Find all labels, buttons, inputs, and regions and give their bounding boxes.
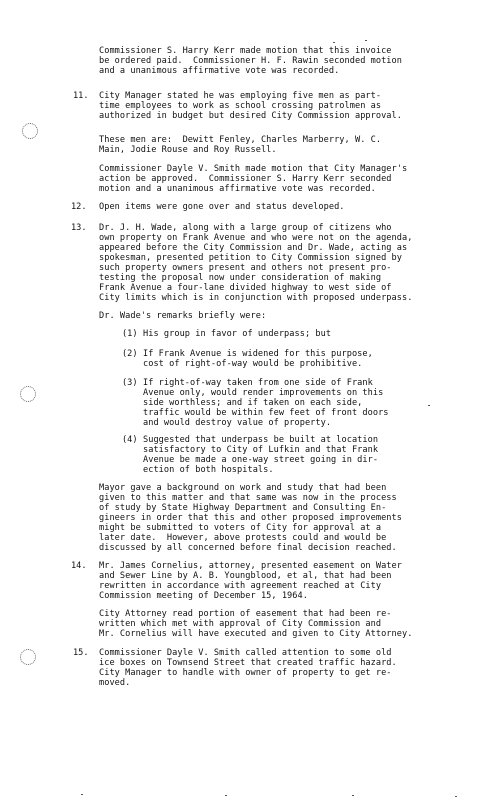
text-line: Open items were gone over and status dev… xyxy=(99,202,345,212)
text-line: Commissioner S. Harry Kerr made motion t… xyxy=(99,46,392,56)
text-line: His group in favor of underpass; but xyxy=(143,329,331,339)
text-line: moved. xyxy=(99,678,130,688)
text-line: City Manager stated he was employing fiv… xyxy=(99,91,381,101)
text-line: be ordered paid. Commissioner H. F. Rawi… xyxy=(99,56,402,66)
text-line: Avenue only, would render improvements o… xyxy=(143,388,383,398)
text-line: and Sewer Line by A. B. Youngblood, et a… xyxy=(99,571,392,581)
text-line: and a unanimous affirmative vote was rec… xyxy=(99,66,339,76)
text-line: ection of both hospitals. xyxy=(143,465,274,475)
punch-hole-icon xyxy=(20,386,36,402)
scan-artifact xyxy=(352,795,354,796)
text-line: traffic would be within few feet of fron… xyxy=(143,408,389,418)
text-line: own property on Frank Avenue and who wer… xyxy=(99,233,412,243)
text-line: action be approved. Commissioner S. Harr… xyxy=(99,174,392,184)
scan-artifact xyxy=(333,42,335,43)
text-line: Commissioner Dayle V. Smith called atten… xyxy=(99,648,392,658)
text-line: authorized in budget but desired City Co… xyxy=(99,111,402,121)
document-page: Commissioner S. Harry Kerr made motion t… xyxy=(0,0,486,800)
scan-artifact xyxy=(225,795,227,796)
scan-artifact xyxy=(455,796,457,797)
text-line: of study by State Highway Department and… xyxy=(99,503,386,513)
text-line: Mr. James Cornelius, attorney, presented… xyxy=(99,561,402,571)
text-line: Main, Jodie Rouse and Roy Russell. xyxy=(99,145,277,155)
text-line: Mr. Cornelius will have executed and giv… xyxy=(99,629,412,639)
text-line: later date. However, above protests coul… xyxy=(99,533,386,543)
text-line: spokesman, presented petition to City Co… xyxy=(99,253,402,263)
item-number: 14. xyxy=(71,561,87,571)
item-number: 15. xyxy=(73,648,89,658)
text-line: rewritten in accordance with agreement r… xyxy=(99,581,381,591)
text-line: such property owners present and others … xyxy=(99,263,392,273)
text-line: satisfactory to City of Lufkin and that … xyxy=(143,445,378,455)
text-line: Frank Avenue a four-lane divided highway… xyxy=(99,283,392,293)
text-line: testing the proposal now under considera… xyxy=(99,273,381,283)
text-line: Commission meeting of December 15, 1964. xyxy=(99,591,308,601)
text-line: and would destroy value of property. xyxy=(143,418,331,428)
text-line: These men are: Dewitt Fenley, Charles Ma… xyxy=(99,135,381,145)
text-line: discussed by all concerned before final … xyxy=(99,543,397,553)
text-line: City Manager to handle with owner of pro… xyxy=(99,668,392,678)
text-line: Commissioner Dayle V. Smith made motion … xyxy=(99,164,407,174)
text-line: Avenue be made a one-way street going in… xyxy=(143,455,378,465)
text-line: Dr. Wade's remarks briefly were: xyxy=(99,311,266,321)
item-number: 13. xyxy=(71,223,87,233)
text-line: time employees to work as school crossin… xyxy=(99,101,381,111)
remark-label: (3) xyxy=(122,378,138,388)
text-line: appeared before the City Commission and … xyxy=(99,243,407,253)
text-line: City limits which is in conjunction with… xyxy=(99,293,412,303)
punch-hole-icon xyxy=(22,123,38,139)
text-line: Dr. J. H. Wade, along with a large group… xyxy=(99,223,392,233)
text-line: Suggested that underpass be built at loc… xyxy=(143,435,378,445)
scan-artifact xyxy=(428,405,430,406)
text-line: given to this matter and that same was n… xyxy=(99,493,397,503)
text-line: City Attorney read portion of easement t… xyxy=(99,609,392,619)
punch-hole-icon xyxy=(20,649,36,665)
text-line: might be submitted to voters of City for… xyxy=(99,523,381,533)
item-number: 11. xyxy=(73,91,89,101)
remark-label: (2) xyxy=(122,349,138,359)
scan-artifact xyxy=(365,40,367,41)
text-line: If Frank Avenue is widened for this purp… xyxy=(143,349,373,359)
item-number: 12. xyxy=(71,202,87,212)
remark-label: (4) xyxy=(122,435,138,445)
text-line: If right-of-way taken from one side of F… xyxy=(143,378,373,388)
remark-label: (1) xyxy=(122,329,138,339)
text-line: side worthless; and if taken on each sid… xyxy=(143,398,362,408)
text-line: cost of right-of-way would be prohibitiv… xyxy=(143,359,362,369)
scan-artifact xyxy=(81,794,83,795)
text-line: ice boxes on Townsend Street that create… xyxy=(99,658,397,668)
text-line: Mayor gave a background on work and stud… xyxy=(99,483,386,493)
text-line: written which met with approval of City … xyxy=(99,619,381,629)
text-line: gineers in order that this and other pro… xyxy=(99,513,402,523)
text-line: motion and a unanimous affirmative vote … xyxy=(99,184,376,194)
